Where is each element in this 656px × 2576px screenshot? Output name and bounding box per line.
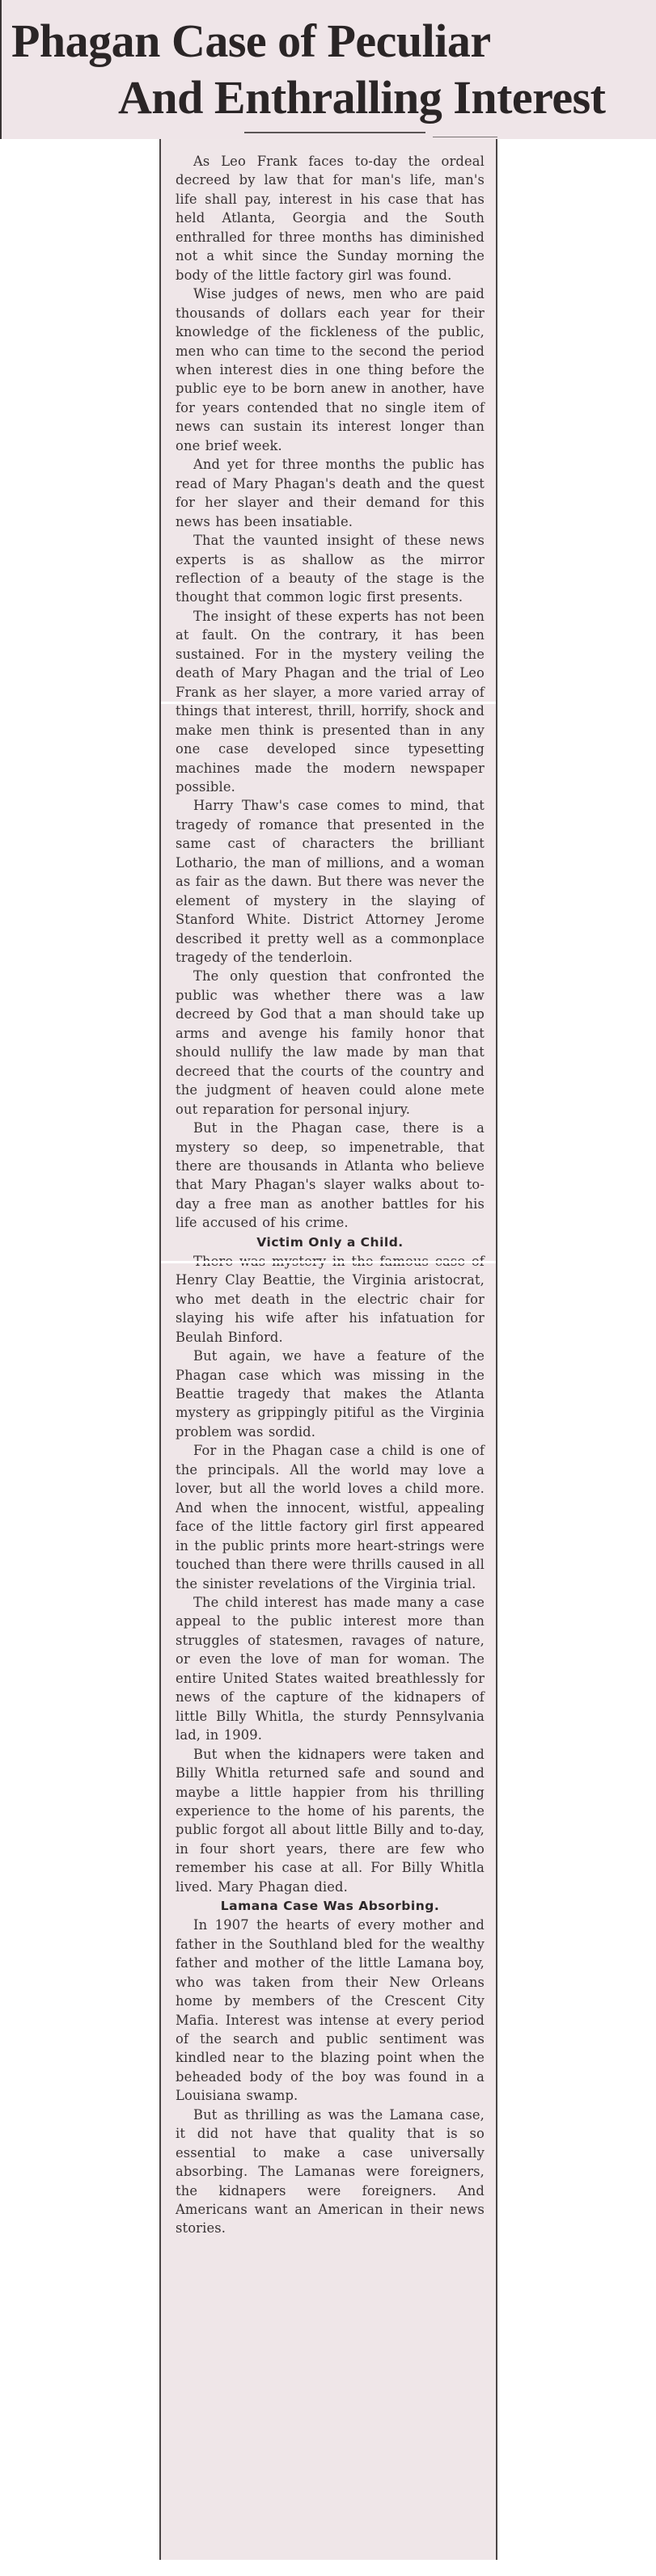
paragraph: Wise judges of news, men who are paid th… bbox=[176, 285, 485, 455]
clipping-seam bbox=[161, 1261, 496, 1263]
paragraph: Harry Thaw's case comes to mind, that tr… bbox=[176, 796, 485, 967]
article-body: As Leo Frank faces to-day the ordeal dec… bbox=[176, 152, 485, 2238]
headline-line-1: Phagan Case of Peculiar bbox=[11, 15, 491, 68]
paragraph: And yet for three months the public has … bbox=[176, 455, 485, 531]
headline-block: Phagan Case of Peculiar And Enthralling … bbox=[0, 0, 656, 139]
subheading: Lamana Case Was Absorbing. bbox=[176, 1896, 485, 1916]
paragraph: The child interest has made many a case … bbox=[176, 1593, 485, 1745]
paragraph: The only question that confronted the pu… bbox=[176, 967, 485, 1119]
paragraph: But again, we have a feature of the Phag… bbox=[176, 1347, 485, 1441]
headline-line-2: And Enthralling Interest bbox=[118, 71, 605, 124]
paragraph: But when the kidnapers were taken and Bi… bbox=[176, 1745, 485, 1897]
headline-rule bbox=[244, 132, 425, 133]
paragraph: For in the Phagan case a child is one of… bbox=[176, 1441, 485, 1593]
paragraph: As Leo Frank faces to-day the ordeal dec… bbox=[176, 152, 485, 285]
clipping-seam bbox=[161, 702, 496, 704]
article-column: As Leo Frank faces to-day the ordeal dec… bbox=[159, 139, 497, 2560]
paragraph: In 1907 the hearts of every mother and f… bbox=[176, 1916, 485, 2106]
paragraph: There was mystery in the famous case of … bbox=[176, 1252, 485, 1347]
paragraph: But in the Phagan case, there is a myste… bbox=[176, 1119, 485, 1233]
subheading: Victim Only a Child. bbox=[176, 1233, 485, 1252]
paragraph: But as thrilling as was the Lamana case,… bbox=[176, 2106, 485, 2238]
paragraph: That the vaunted insight of these news e… bbox=[176, 531, 485, 607]
